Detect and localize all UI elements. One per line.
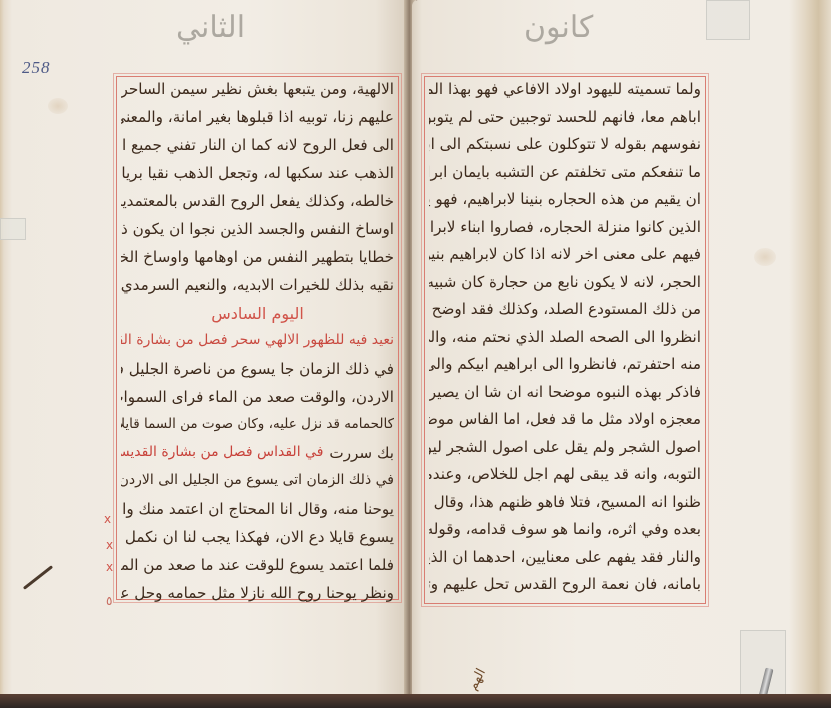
text-line: الحجر، لانه لا يكون نابع من حجارة كان شب…	[429, 273, 701, 301]
folio-number: 258	[22, 58, 51, 78]
section-title: نعيد فيه للظهور الالهي سحر فصل من بشارة …	[121, 332, 394, 360]
text-line: كالحمامه قد نزل عليه، وكان صوت من السما …	[121, 416, 394, 444]
text-line: خطايا بتطهير النفس من اوهامها واوساخ الخ…	[121, 248, 394, 276]
text-line: اوساخ النفس والجسد الذين نجوا ان يكون ذل…	[121, 220, 394, 248]
rubric-heading: اليوم السادس	[121, 304, 394, 332]
text-line: من ذلك المستودع الصلد، وكذلك فقد اوضح ال…	[429, 300, 701, 328]
text-line: ان يقيم من هذه الحجاره بنينا لابراهيم، ف…	[429, 190, 701, 218]
text-line: عليهم زنا، توبيه اذا قبلوها بغير امانة، …	[121, 108, 394, 136]
text-line: الى فعل الروح لانه كما ان النار تفني جمي…	[121, 136, 394, 164]
text-line: فاذكر بهذه النبوه موضحا انه ان شا ان يصي…	[429, 383, 701, 411]
text-line: الذين كانوا منزلة الحجاره، فصاروا ابناء …	[429, 218, 701, 246]
margin-mark: x	[106, 538, 113, 552]
text-line: ولما تسميته لليهود اولاد الافاعي فهو بهذ…	[429, 80, 701, 108]
text-line: اصول الشجر ولم يقل على اصول الشجر ليوجده…	[429, 438, 701, 466]
left-page: الثاني 258 الالهية، ومن يتبعها بغش نظير …	[0, 0, 408, 698]
text-line: في ذلك الزمان جا يسوع من ناصرة الجليل فا…	[121, 360, 394, 388]
text-line: اباهم معا، فانهم للحسد توجبين حتى لم يتو…	[429, 108, 701, 136]
margin-mark: x	[104, 512, 111, 526]
text-line: والنار فقد يفهم على معنايين، احدهما ان ا…	[429, 548, 701, 576]
text-line: يوحنا منه، وقال انا المحتاج ان اعتمد منك…	[121, 500, 394, 528]
repair-tape	[706, 0, 750, 40]
paper-stain	[754, 248, 776, 266]
text-line: فلما اعتمد يسوع للوقت عند ما صعد من الما…	[121, 556, 394, 584]
text-line: بامانه، فان نعمة الروح القدس تحل عليهم و…	[429, 575, 701, 603]
right-page: كانون ولما تسميته لليهود اولاد الافاعي ف…	[412, 0, 831, 696]
text-line: معجزه اولاد مثل ما قد فعل، اما الفاس موض…	[429, 410, 701, 438]
text-line: بعده وفي اثره، وانما هو سوف قدامه، وقوله…	[429, 520, 701, 548]
section-lead: بك سررت	[329, 444, 394, 472]
paper-stain	[48, 98, 68, 114]
section-title-line: بك سررت في القداس فصل من بشارة القديس مت…	[121, 444, 394, 472]
text-line: يسوع قايلا دع الان، فهكذا يجب لنا ان نكم…	[121, 528, 394, 556]
text-line: في ذلك الزمان اتى يسوع من الجليل الى الا…	[121, 472, 394, 500]
left-pencil-header: الثاني	[176, 10, 245, 45]
left-text-block: الالهية، ومن يتبعها بغش نظير سيمن الساحر…	[121, 80, 394, 612]
text-line: ظنوا انه المسيح، فتلا فاهو ظنهم هذا، وقا…	[429, 493, 701, 521]
text-line: فيهم على معنى اخر لانه اذا كان لابراهيم …	[429, 245, 701, 273]
bottom-mark: ٥	[106, 594, 112, 608]
repair-tape	[0, 218, 26, 240]
right-pencil-header: كانون	[524, 10, 593, 45]
right-text-frame: ولما تسميته لليهود اولاد الافاعي فهو بهذ…	[424, 76, 706, 604]
text-line: نفوسهم بقوله لا تتوكلون على نسبتكم الى ا…	[429, 135, 701, 163]
text-line: منه احتفرتم، فانظروا الى ابراهيم ابيكم و…	[429, 355, 701, 383]
section-title: في القداس فصل من بشارة القديس متى الانجي…	[121, 444, 323, 472]
manuscript-spread: الثاني 258 الالهية، ومن يتبعها بغش نظير …	[0, 0, 831, 708]
text-line: ونظر يوحنا روح الله نازلا مثل حمامه وحل …	[121, 584, 394, 612]
binding-cover-bottom	[0, 694, 831, 708]
right-text-block: ولما تسميته لليهود اولاد الافاعي فهو بهذ…	[429, 80, 701, 603]
text-line: التوبه، وانه قد يبقى لهم اجل للخلاص، وعن…	[429, 465, 701, 493]
text-line: الذهب عند سكبها له، وتجعل الذهب نقيا بري…	[121, 164, 394, 192]
text-line: ما تنفعكم متى تخلفتم عن التشبه بايمان اب…	[429, 163, 701, 191]
text-line: الاردن، والوقت صعد من الماء فراى السموات…	[121, 388, 394, 416]
left-text-frame: الالهية، ومن يتبعها بغش نظير سيمن الساحر…	[116, 76, 399, 600]
catchword: الهم	[465, 666, 489, 693]
text-line: نقيه بذلك للخيرات الابديه، والنعيم السرم…	[121, 276, 394, 304]
text-line: خالطه، وكذلك يفعل الروح القدس بالمعتمدين…	[121, 192, 394, 220]
ink-smudge	[23, 565, 53, 590]
margin-mark: x	[106, 560, 113, 574]
text-line: انظروا الى الصحه الصلد الذي نحتم منه، وا…	[429, 328, 701, 356]
text-line: الالهية، ومن يتبعها بغش نظير سيمن الساحر…	[121, 80, 394, 108]
